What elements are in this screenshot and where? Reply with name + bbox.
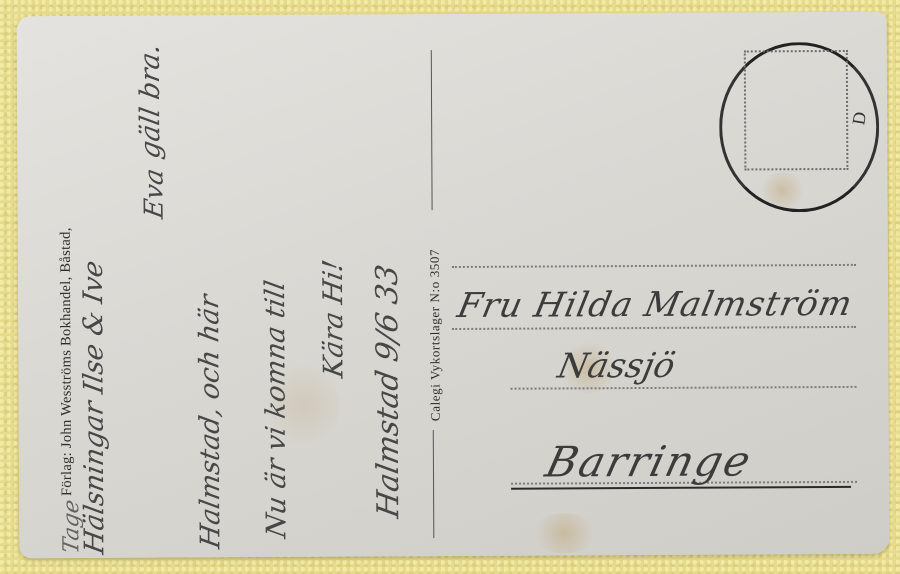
recipient-name: Fru Hilda Malmström <box>454 284 856 326</box>
publisher-imprint: Förlag: John Wesströms Bokhandel, Båstad… <box>58 227 76 496</box>
message-signature: Tage <box>59 498 84 555</box>
message-line: Eva <box>139 166 169 220</box>
message-line: Halmstad, och här <box>194 292 226 550</box>
message-line: gäll bra. <box>135 42 167 161</box>
recipient-street: Nässjö <box>554 346 678 387</box>
center-divider-top <box>431 50 433 210</box>
center-divider-bottom <box>433 430 435 538</box>
address-line-2 <box>452 326 856 330</box>
address-line-3 <box>511 386 857 390</box>
address-underline <box>511 486 851 490</box>
stamp-box <box>744 50 849 171</box>
message-line: Nu är vi komna till <box>260 278 292 540</box>
postcard-back: Förlag: John Wesströms Bokhandel, Båstad… <box>17 12 890 559</box>
recipient-city: Barringe <box>541 436 757 486</box>
series-number: Calegi Vykortslager N:o 3507 <box>427 249 444 421</box>
message-line: Kära Hi! <box>318 258 350 380</box>
address-line-1 <box>452 264 856 268</box>
message-place-date: Halmstad 9/6 33 <box>370 262 406 520</box>
stain <box>529 513 599 553</box>
